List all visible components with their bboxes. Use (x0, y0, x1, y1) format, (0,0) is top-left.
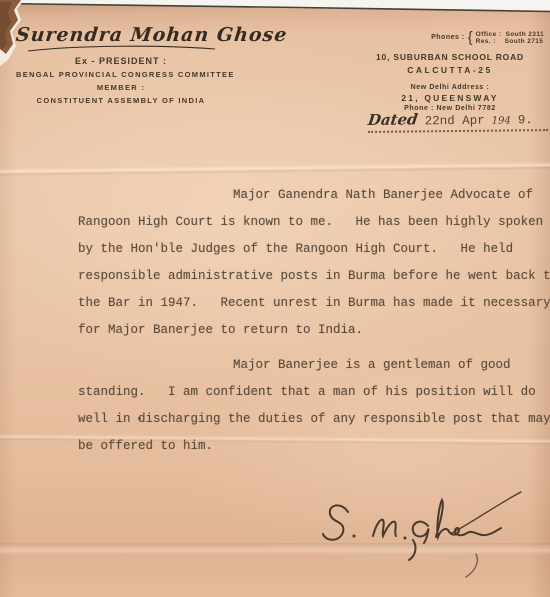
date-year-handwritten: 9. (518, 113, 533, 127)
phones-block: Phones : { Office : South 2311 Res. : So… (352, 30, 548, 45)
body-line: responsible administrative posts in Burm… (0, 263, 550, 290)
delhi-address-street: 21, QUEENSWAY (352, 93, 548, 103)
date-day-month: 22nd Apr (425, 114, 485, 129)
sender-title-assembly: CONSTITUENT ASSEMBLY OF INDIA (16, 96, 226, 105)
phones-label: Phones : (431, 34, 465, 41)
ink-stroke-tail (462, 553, 482, 579)
scanned-letter: Surendra Mohan Ghose Ex - PRESIDENT : BE… (0, 0, 550, 597)
paragraph-2: Major Banerjee is a gentleman of good st… (0, 352, 550, 460)
sender-name-script: Surendra Mohan Ghose (15, 24, 227, 46)
body-line: be offered to him. (0, 433, 550, 460)
body-line: the Bar in 1947. Recent unrest in Burma … (0, 290, 550, 317)
body-line: Major Ganendra Nath Banerjee Advocate of (0, 182, 550, 209)
body-line: standing. I am confident that a man of h… (0, 379, 550, 406)
letterhead-right: Phones : { Office : South 2311 Res. : So… (352, 30, 548, 112)
paragraph-1: Major Ganendra Nath Banerjee Advocate of… (0, 182, 550, 344)
dated-label-script: Dated (367, 110, 419, 129)
calcutta-address-street: 10, SUBURBAN SCHOOL ROAD (352, 52, 548, 62)
sender-title-ex-president: Ex - PRESIDENT : (16, 56, 226, 66)
body-line: Rangoon High Court is known to me. He ha… (0, 209, 550, 236)
paper-crease (0, 162, 550, 177)
date-line: Dated 22nd Apr 194 9. (368, 109, 548, 133)
sender-title-committee: BENGAL PROVINCIAL CONGRESS COMMITTEE (16, 70, 226, 79)
letterhead-left: Surendra Mohan Ghose Ex - PRESIDENT : BE… (16, 24, 226, 105)
body-line: for Major Banerjee to return to India. (0, 317, 550, 344)
letter-body: Major Ganendra Nath Banerjee Advocate of… (0, 182, 550, 460)
body-line: well in discharging the duties of any re… (0, 406, 550, 433)
handwritten-signature (318, 490, 546, 568)
date-year-printed: 194 (492, 115, 511, 126)
body-line: Major Banerjee is a gentleman of good (0, 352, 550, 379)
sender-title-member: MEMBER : (16, 83, 226, 92)
body-line: by the Hon'ble Judges of the Rangoon Hig… (0, 236, 550, 263)
scan-edge-strip (0, 0, 550, 16)
delhi-address-label: New Delhi Address : (352, 84, 548, 91)
brace-glyph: { (468, 30, 473, 45)
calcutta-address-city: CALCUTTA-25 (352, 65, 548, 75)
phone-residence: Res. : South 2715 (476, 38, 544, 45)
phone-office: Office : South 2311 (476, 31, 544, 38)
